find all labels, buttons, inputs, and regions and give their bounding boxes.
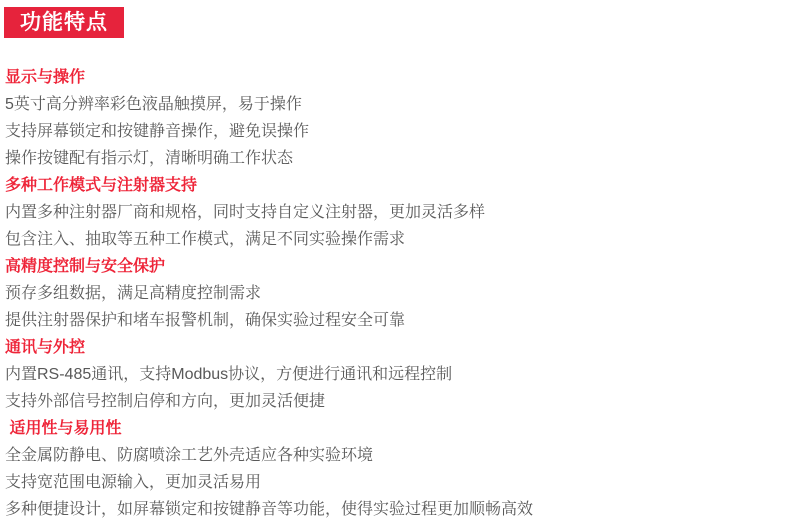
section-heading: 多种工作模式与注射器支持 xyxy=(5,172,786,199)
feature-item: 支持屏幕锁定和按键静音操作，避免误操作 xyxy=(5,118,786,145)
feature-item: 全金属防静电、防腐喷涂工艺外壳适应各种实验环境 xyxy=(5,442,786,469)
feature-item: 内置多种注射器厂商和规格，同时支持自定义注射器，更加灵活多样 xyxy=(5,199,786,226)
feature-sections: 显示与操作5英寸高分辨率彩色液晶触摸屏，易于操作支持屏幕锁定和按键静音操作，避免… xyxy=(0,64,786,523)
section-heading: 适用性与易用性 xyxy=(5,415,786,442)
feature-item: 5英寸高分辨率彩色液晶触摸屏，易于操作 xyxy=(5,91,786,118)
feature-item: 内置RS-485通讯，支持Modbus协议，方便进行通讯和远程控制 xyxy=(5,361,786,388)
section-heading: 通讯与外控 xyxy=(5,334,786,361)
section-heading: 高精度控制与安全保护 xyxy=(5,253,786,280)
features-page: 功能特点 显示与操作5英寸高分辨率彩色液晶触摸屏，易于操作支持屏幕锁定和按键静音… xyxy=(0,0,786,524)
features-title-banner: 功能特点 xyxy=(4,7,124,38)
feature-item: 操作按键配有指示灯，清晰明确工作状态 xyxy=(5,145,786,172)
feature-item: 多种便捷设计，如屏幕锁定和按键静音等功能，使得实验过程更加顺畅高效 xyxy=(5,496,786,523)
feature-item: 支持宽范围电源输入，更加灵活易用 xyxy=(5,469,786,496)
feature-item: 预存多组数据，满足高精度控制需求 xyxy=(5,280,786,307)
feature-item: 包含注入、抽取等五种工作模式，满足不同实验操作需求 xyxy=(5,226,786,253)
section-heading: 显示与操作 xyxy=(5,64,786,91)
feature-item: 支持外部信号控制启停和方向，更加灵活便捷 xyxy=(5,388,786,415)
feature-item: 提供注射器保护和堵车报警机制，确保实验过程安全可靠 xyxy=(5,307,786,334)
